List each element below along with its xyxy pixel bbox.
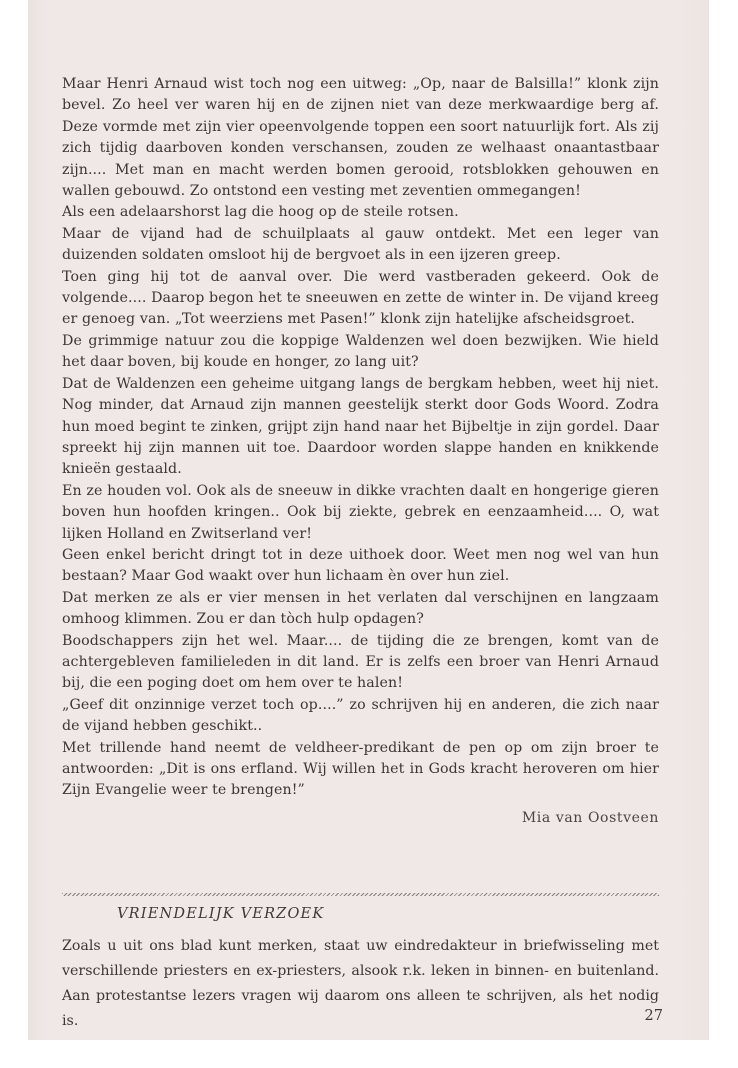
paragraph: Toen ging hij tot de aanval over. Die we…	[62, 267, 659, 331]
notice-heading: VRIENDELIJK VERZOEK	[117, 906, 324, 922]
paragraph: Maar de vijand had de schuilplaats al ga…	[62, 224, 659, 267]
paragraph: Als een adelaarshorst lag die hoog op de…	[62, 202, 659, 223]
paragraph: Met trillende hand neemt de veldheer-pre…	[62, 738, 659, 802]
page-number: 27	[645, 1008, 663, 1024]
book-page: Maar Henri Arnaud wist toch nog een uitw…	[28, 0, 709, 1040]
paragraph: „Geef dit onzinnige verzet toch op....” …	[62, 695, 659, 738]
paragraph: En ze houden vol. Ook als de sneeuw in d…	[62, 481, 659, 545]
author-signature: Mia van Oostveen	[62, 808, 659, 829]
paragraph: Boodschappers zijn het wel. Maar.... de …	[62, 631, 659, 695]
paragraph: Geen enkel bericht dringt tot in deze ui…	[62, 545, 659, 588]
paragraph: Maar Henri Arnaud wist toch nog een uitw…	[62, 74, 659, 202]
paragraph: Dat de Waldenzen een geheime uitgang lan…	[62, 374, 659, 481]
article-body: Maar Henri Arnaud wist toch nog een uitw…	[62, 74, 659, 829]
notice-body: Zoals u uit ons blad kunt merken, staat …	[62, 934, 659, 1034]
decorative-separator	[62, 893, 659, 896]
paragraph: Dat merken ze als er vier mensen in het …	[62, 588, 659, 631]
paragraph: De grimmige natuur zou die koppige Walde…	[62, 331, 659, 374]
notice-paragraph: Zoals u uit ons blad kunt merken, staat …	[62, 934, 659, 1034]
